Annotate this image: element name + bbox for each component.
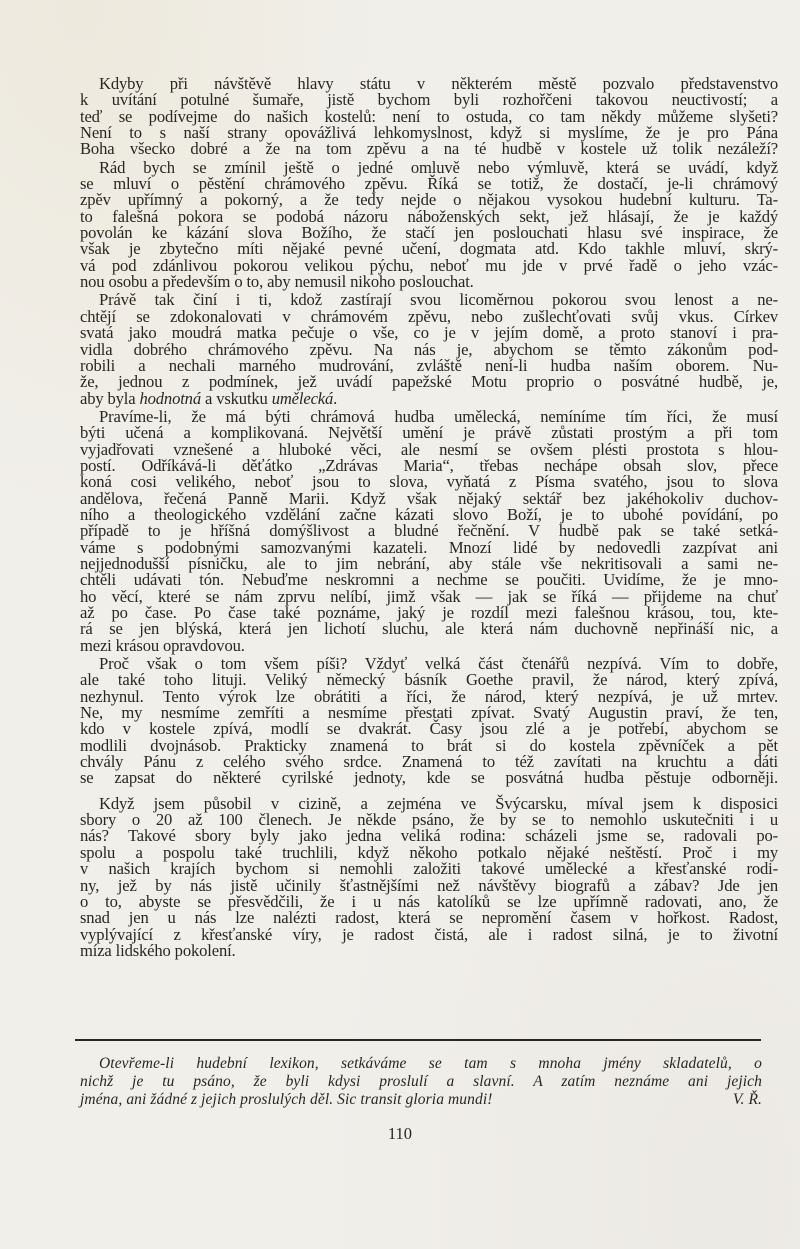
text-line: mezi krásou opravdovou. bbox=[80, 638, 778, 654]
footnote-text: jména, ani žádné z jejich proslulých děl… bbox=[80, 1091, 493, 1108]
author-signature: V. Ř. bbox=[733, 1091, 762, 1109]
paragraph-4: Pravíme-li, že má býti chrámová hudba um… bbox=[80, 409, 778, 654]
footnote-line: Otevřeme-li hudební lexikon, setkáváme s… bbox=[80, 1055, 762, 1073]
paragraph-6: Když jsem působil v cizině, a zejména ve… bbox=[80, 796, 778, 959]
text-line: míza lidského pokolení. bbox=[80, 943, 778, 959]
emphasis-hodnotna: hodnotná bbox=[139, 389, 201, 408]
text-line: aby byla hodnotná a vskutku umělecká. bbox=[80, 391, 778, 407]
text-line: Boha všecko dobré a že na tom zpěvu a na… bbox=[80, 141, 778, 157]
page-number: 110 bbox=[0, 1124, 800, 1144]
paragraph-3: Právě tak činí i ti, kdož zastírají svou… bbox=[80, 292, 778, 406]
text-run: a vskutku bbox=[201, 389, 272, 408]
text-run: aby byla bbox=[80, 389, 139, 408]
paragraph-2: Rád bych se zmínil ještě o jedné omluvě … bbox=[80, 160, 778, 291]
text-line: se zapsat do některé cyrilské jednoty, k… bbox=[80, 770, 778, 786]
article-body: Kdyby při návštěvě hlavy státu v některé… bbox=[80, 76, 778, 959]
text-line: nou osobu a především o to, aby nemusil … bbox=[80, 274, 778, 290]
paragraph-5: Proč však o tom všem píši? Vždyť velká č… bbox=[80, 656, 778, 787]
footnote: Otevřeme-li hudební lexikon, setkáváme s… bbox=[80, 1055, 762, 1109]
footnote-line: nichž je tu psáno, že byli kdysi proslul… bbox=[80, 1073, 762, 1091]
footnote-line: jména, ani žádné z jejich proslulých děl… bbox=[80, 1091, 762, 1109]
section-divider bbox=[75, 1039, 761, 1041]
emphasis-umelecka: umělecká bbox=[272, 389, 333, 408]
text-run: . bbox=[333, 389, 337, 408]
paragraph-1: Kdyby při návštěvě hlavy státu v některé… bbox=[80, 76, 778, 158]
scanned-page: Kdyby při návštěvě hlavy státu v některé… bbox=[0, 0, 800, 1249]
